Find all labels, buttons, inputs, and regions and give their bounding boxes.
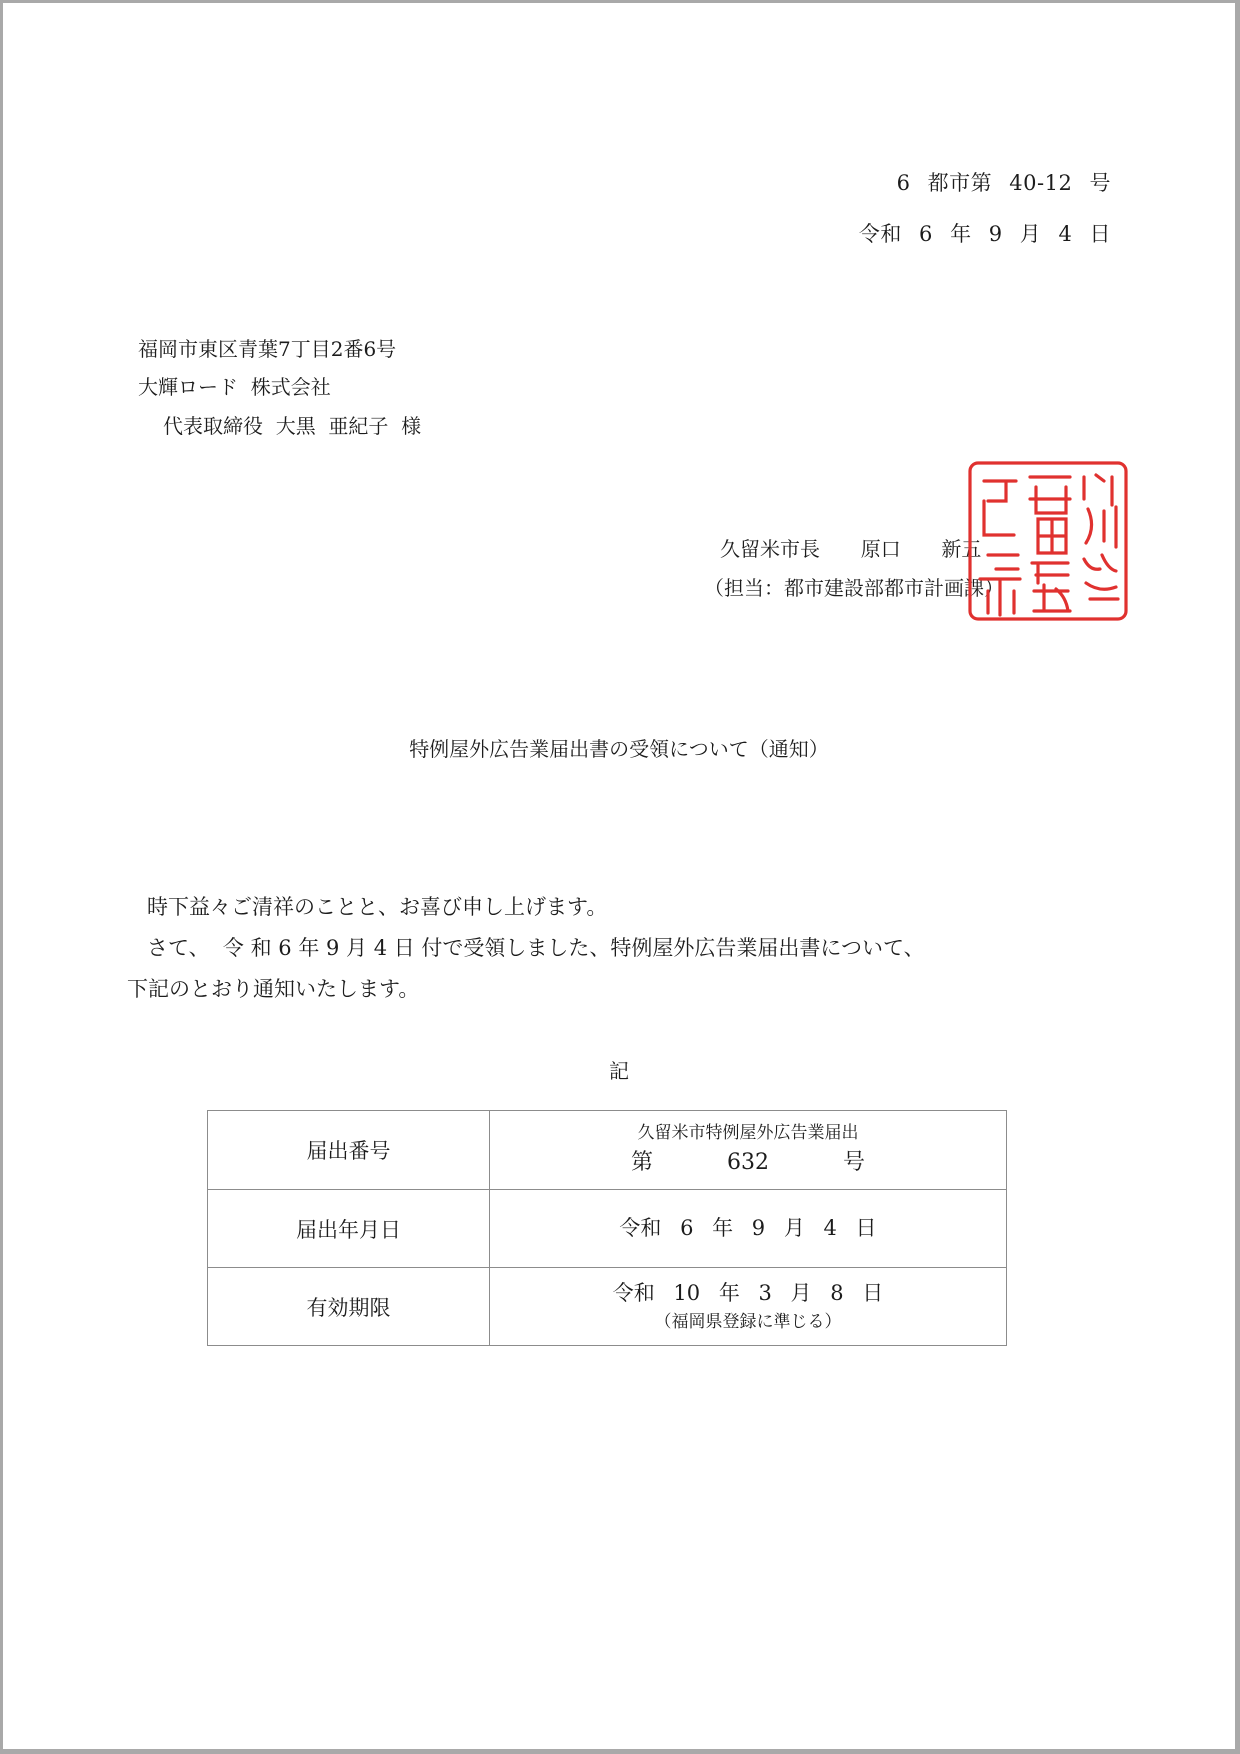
row-value: 久留米市特例屋外広告業届出 第 632 号 <box>490 1111 1007 1190</box>
row-label: 有効期限 <box>208 1268 490 1346</box>
seal-stamp-icon <box>966 459 1130 623</box>
reference-number: 6 都市第 40-12 号 <box>897 167 1111 197</box>
table-row: 届出番号 久留米市特例屋外広告業届出 第 632 号 <box>208 1111 1007 1190</box>
recipient-representative: 代表取締役 大黒 亜紀子 様 <box>163 410 421 439</box>
body-paragraph-line: 下記のとおり通知いたします。 <box>127 973 419 1003</box>
expiry-date: 令和 10 年 3 月 8 日 <box>490 1278 1006 1310</box>
row-value: 令和 6 年 9 月 4 日 <box>490 1190 1007 1268</box>
notification-number: 第 632 号 <box>490 1146 1006 1179</box>
issue-date: 令和 6 年 9 月 4 日 <box>859 218 1111 248</box>
notification-details-table: 届出番号 久留米市特例屋外広告業届出 第 632 号 届出年月日 令和 6 年 … <box>207 1110 1007 1346</box>
recipient-address: 福岡市東区青葉7丁目2番6号 <box>138 333 396 362</box>
sender-name: 久留米市長 原口 新五 <box>720 533 981 562</box>
expiry-note: （福岡県登録に準じる） <box>490 1310 1006 1336</box>
row-label: 届出番号 <box>208 1111 490 1190</box>
body-greeting: 時下益々ご清祥のことと、お喜び申し上げます。 <box>147 891 607 921</box>
notification-date: 令和 6 年 9 月 4 日 <box>490 1213 1006 1245</box>
table-row: 有効期限 令和 10 年 3 月 8 日 （福岡県登録に準じる） <box>208 1268 1007 1346</box>
row-label: 届出年月日 <box>208 1190 490 1268</box>
recipient-company: 大輝ロード 株式会社 <box>138 371 331 400</box>
notification-type: 久留米市特例屋外広告業届出 <box>490 1121 1006 1147</box>
body-paragraph-line: さて、 令 和 6 年 9 月 4 日 付で受領しました、特例屋外広告業届出書に… <box>147 932 925 962</box>
row-value: 令和 10 年 3 月 8 日 （福岡県登録に準じる） <box>490 1268 1007 1346</box>
table-row: 届出年月日 令和 6 年 9 月 4 日 <box>208 1190 1007 1268</box>
document-page: 6 都市第 40-12 号 令和 6 年 9 月 4 日 福岡市東区青葉7丁目2… <box>3 3 1235 1749</box>
ki-heading: 記 <box>3 1055 1235 1084</box>
document-subject: 特例屋外広告業届出書の受領について（通知） <box>3 733 1235 762</box>
sender-department: （担当：都市建設部都市計画課） <box>704 572 1004 601</box>
